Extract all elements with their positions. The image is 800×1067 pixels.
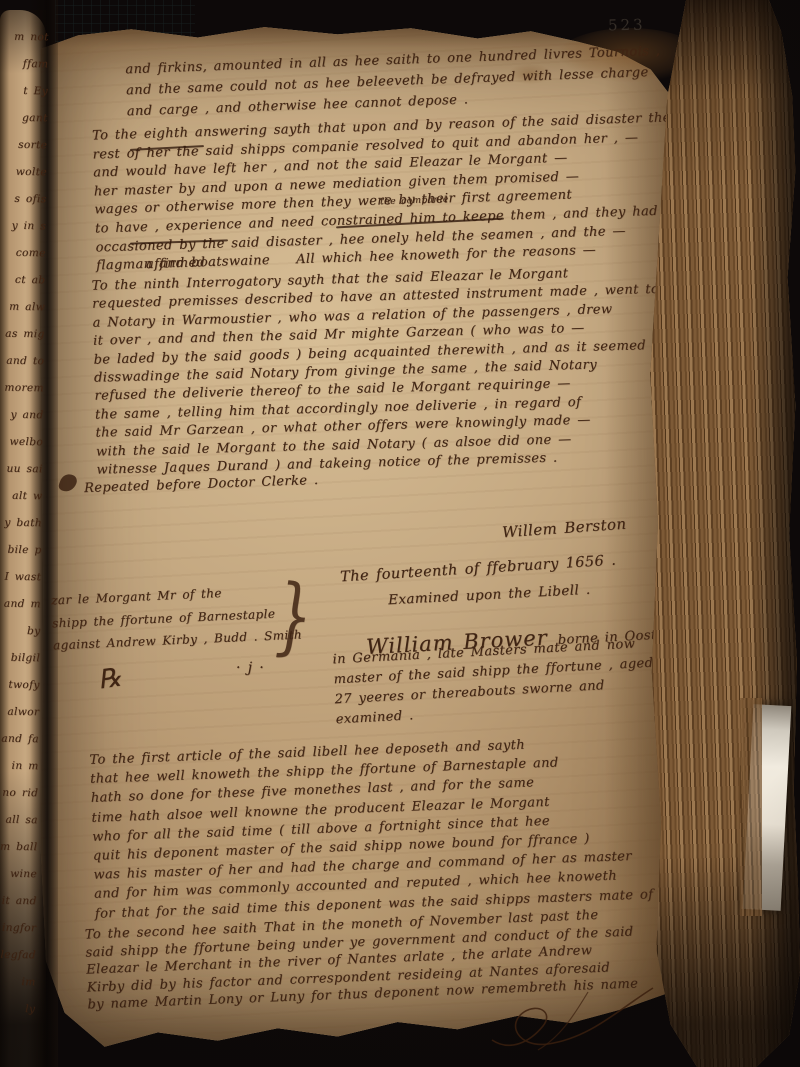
margin-cause-note: zar le Morgant Mr of the shipp the ffort… <box>51 579 303 657</box>
pen-flourish <box>468 982 658 1057</box>
paragraph-first-article: To the first article of the said libell … <box>89 729 714 923</box>
paragraph-eighth-closing: affirmed . <box>146 255 217 272</box>
fore-edge-overlap <box>740 698 762 916</box>
paragraph-ninth: To the ninth Interrogatory sayth that th… <box>91 262 683 480</box>
margin-docket-number: · j · <box>236 660 264 676</box>
margin-brace: } <box>274 573 313 659</box>
manuscript-photo: m not ffam t Ey gant sorte wolte s ofis … <box>0 0 800 1067</box>
paraph-mark: ℞ <box>96 662 124 695</box>
deponent-description: in Germania , late Masters mate and now … <box>332 634 656 731</box>
paragraph-eighth: To the eighth answering sayth that upon … <box>92 109 702 277</box>
page-number: 523 <box>608 16 646 35</box>
